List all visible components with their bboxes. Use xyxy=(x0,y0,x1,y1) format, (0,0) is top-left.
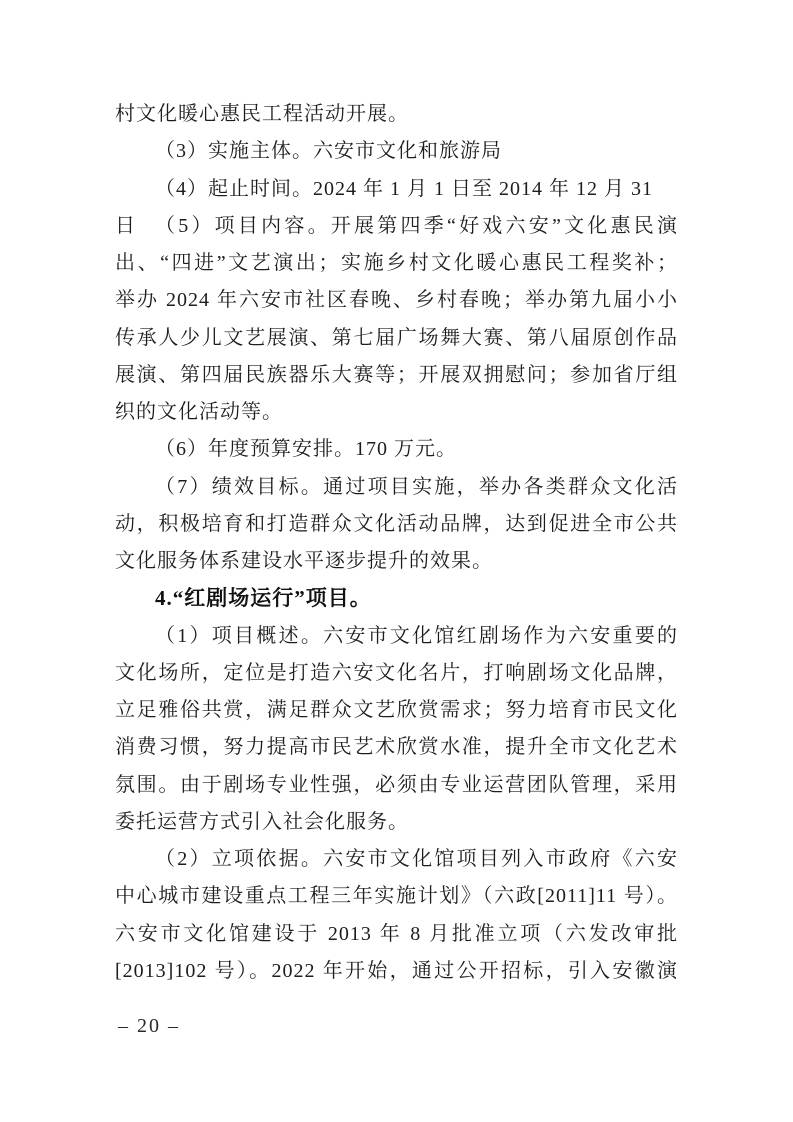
body-line: 文化服务体系建设水平逐步提升的效果。 xyxy=(115,543,678,580)
body-line: （5）项目内容。开展第四季“好戏六安”文化惠民演 xyxy=(115,208,678,245)
page-number: – 20 – xyxy=(118,1012,180,1040)
body-line: 消费习惯，努力提高市民艺术欣赏水准，提升全市文化艺术 xyxy=(115,729,678,766)
body-line: 举办 2024 年六安市社区春晚、乡村春晚；举办第九届小小 xyxy=(115,282,678,319)
body-line: 织的文化活动等。 xyxy=(115,394,678,431)
body-line: 六安市文化馆建设于 2013 年 8 月批准立项（六发改审批 xyxy=(115,916,678,953)
body-line: 村文化暖心惠民工程活动开展。 xyxy=(115,96,678,133)
document-page: 村文化暖心惠民工程活动开展。 （3）实施主体。六安市文化和旅游局 （4）起止时间… xyxy=(0,0,793,1122)
body-line: 立足雅俗共赏，满足群众文艺欣赏需求；努力培育市民文化 xyxy=(115,692,678,729)
body-line: 中心城市建设重点工程三年实施计划》（六政[2011]11 号）。 xyxy=(115,878,678,915)
body-line: [2013]102 号）。2022 年开始，通过公开招标，引入安徽演 xyxy=(115,953,678,990)
body-line: （2）立项依据。六安市文化馆项目列入市政府《六安 xyxy=(115,841,678,878)
body-line: 传承人少儿文艺展演、第七届广场舞大赛、第八届原创作品 xyxy=(115,320,678,357)
body-line: （7）绩效目标。通过项目实施，举办各类群众文化活 xyxy=(115,469,678,506)
body-line: 委托运营方式引入社会化服务。 xyxy=(115,804,678,841)
body-line: （4）起止时间。2024 年 1 月 1 日至 2014 年 12 月 31 日 xyxy=(115,171,678,208)
section-heading: 4.“红剧场运行”项目。 xyxy=(115,580,678,617)
body-line: 氛围。由于剧场专业性强，必须由专业运营团队管理，采用 xyxy=(115,767,678,804)
body-line: （1）项目概述。六安市文化馆红剧场作为六安重要的 xyxy=(115,618,678,655)
body-line: 展演、第四届民族器乐大赛等；开展双拥慰问；参加省厅组 xyxy=(115,357,678,394)
body-line: （3）实施主体。六安市文化和旅游局 xyxy=(115,133,678,170)
body-line: 动，积极培育和打造群众文化活动品牌，达到促进全市公共 xyxy=(115,506,678,543)
body-line: （6）年度预算安排。170 万元。 xyxy=(115,431,678,468)
body-line: 文化场所，定位是打造六安文化名片，打响剧场文化品牌， xyxy=(115,655,678,692)
document-body: 村文化暖心惠民工程活动开展。 （3）实施主体。六安市文化和旅游局 （4）起止时间… xyxy=(115,96,678,990)
body-line: 出、“四进”文艺演出；实施乡村文化暖心惠民工程奖补； xyxy=(115,245,678,282)
